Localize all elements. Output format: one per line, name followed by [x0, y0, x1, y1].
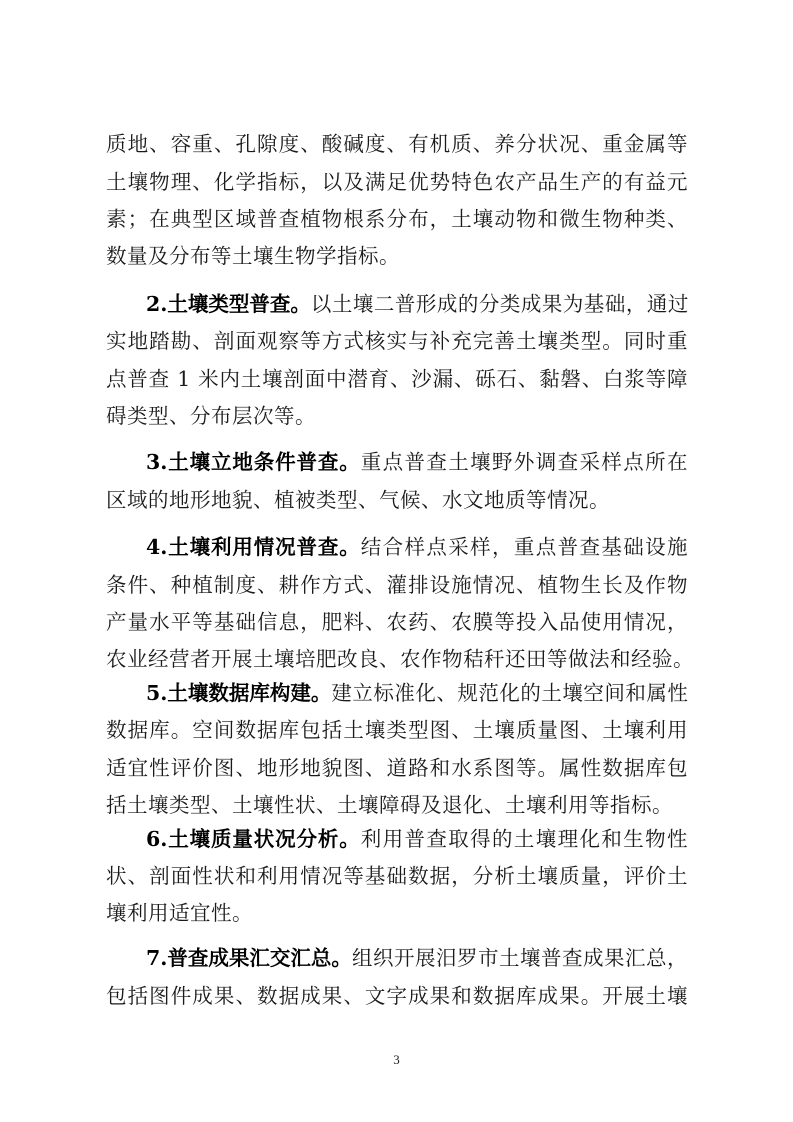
paragraph-2-text: 以土壤二普形成的分类成果为基础，通过 [311, 292, 689, 316]
document-page: 质地、容重、孔隙度、酸碱度、有机质、养分状况、重金属等 土壤物理、化学指标，以及… [0, 0, 793, 1122]
paragraph-2-line-4: 碍类型、分布层次等。 [106, 402, 688, 430]
paragraph-1-line-4: 数量及分布等土壤生物学指标。 [106, 242, 688, 270]
paragraph-5-line-3: 适宜性评价图、地形地貌图、道路和水系图等。属性数据库包 [106, 754, 688, 782]
paragraph-7-line-2: 包括图件成果、数据成果、文字成果和数据库成果。开展土壤 [106, 982, 688, 1010]
paragraph-6-text: 利用普查取得的土壤理化和生物性 [361, 827, 688, 851]
paragraph-1-line-2: 土壤物理、化学指标，以及满足优势特色农产品生产的有益元 [106, 168, 688, 196]
paragraph-4-line-2: 条件、种植制度、耕作方式、灌排设施情况、植物生长及作物 [106, 571, 688, 599]
paragraph-5-line-1: 5.土壤数据库构建。建立标准化、规范化的土壤空间和属性 [146, 679, 688, 707]
paragraph-4-line-3: 产量水平等基础信息，肥料、农药、农膜等投入品使用情况， [106, 608, 688, 636]
section-heading-2: 2.土壤类型普查。 [146, 292, 311, 316]
paragraph-2-line-1: 2.土壤类型普查。以土壤二普形成的分类成果为基础，通过 [146, 290, 688, 318]
paragraph-6-line-1: 6.土壤质量状况分析。利用普查取得的土壤理化和生物性 [146, 825, 688, 853]
paragraph-7-line-1: 7.普查成果汇交汇总。组织开展汨罗市土壤普查成果汇总， [146, 944, 688, 972]
paragraph-3-line-2: 区域的地形地貌、植被类型、气候、水文地质等情况。 [106, 486, 688, 514]
paragraph-3-line-1: 3.土壤立地条件普查。重点普查土壤野外调查采样点所在 [146, 448, 688, 476]
paragraph-5-text: 建立标准化、规范化的土壤空间和属性 [331, 681, 688, 705]
paragraph-1-line-1: 质地、容重、孔隙度、酸碱度、有机质、养分状况、重金属等 [106, 130, 688, 158]
paragraph-4-line-4: 农业经营者开展土壤培肥改良、农作物秸秆还田等做法和经验。 [106, 645, 688, 673]
paragraph-6-line-2: 状、剖面性状和利用情况等基础数据，分析土壤质量，评价土 [106, 862, 688, 890]
paragraph-4-line-1: 4.土壤利用情况普查。结合样点采样，重点普查基础设施 [146, 533, 688, 561]
section-heading-5: 5.土壤数据库构建。 [146, 681, 331, 705]
paragraph-5-line-4: 括土壤类型、土壤性状、土壤障碍及退化、土壤利用等指标。 [106, 791, 688, 819]
paragraph-2-line-3: 点普查 1 米内土壤剖面中潜育、沙漏、砾石、黏磐、白浆等障 [106, 365, 688, 393]
section-heading-6: 6.土壤质量状况分析。 [146, 827, 361, 851]
paragraph-3-text: 重点普查土壤野外调查采样点所在 [361, 450, 688, 474]
section-heading-3: 3.土壤立地条件普查。 [146, 450, 361, 474]
paragraph-1-line-3: 素；在典型区域普查植物根系分布，土壤动物和微生物种类、 [106, 205, 688, 233]
section-heading-7: 7.普查成果汇交汇总。 [146, 946, 352, 970]
paragraph-6-line-3: 壤利用适宜性。 [106, 899, 688, 927]
section-heading-4: 4.土壤利用情况普查。 [146, 535, 361, 559]
page-number: 3 [0, 1052, 793, 1068]
paragraph-5-line-2: 数据库。空间数据库包括土壤类型图、土壤质量图、土壤利用 [106, 716, 688, 744]
paragraph-2-line-2: 实地踏勘、剖面观察等方式核实与补充完善土壤类型。同时重 [106, 327, 688, 355]
paragraph-7-text: 组织开展汨罗市土壤普查成果汇总， [352, 946, 688, 970]
paragraph-4-text: 结合样点采样，重点普查基础设施 [361, 535, 688, 559]
